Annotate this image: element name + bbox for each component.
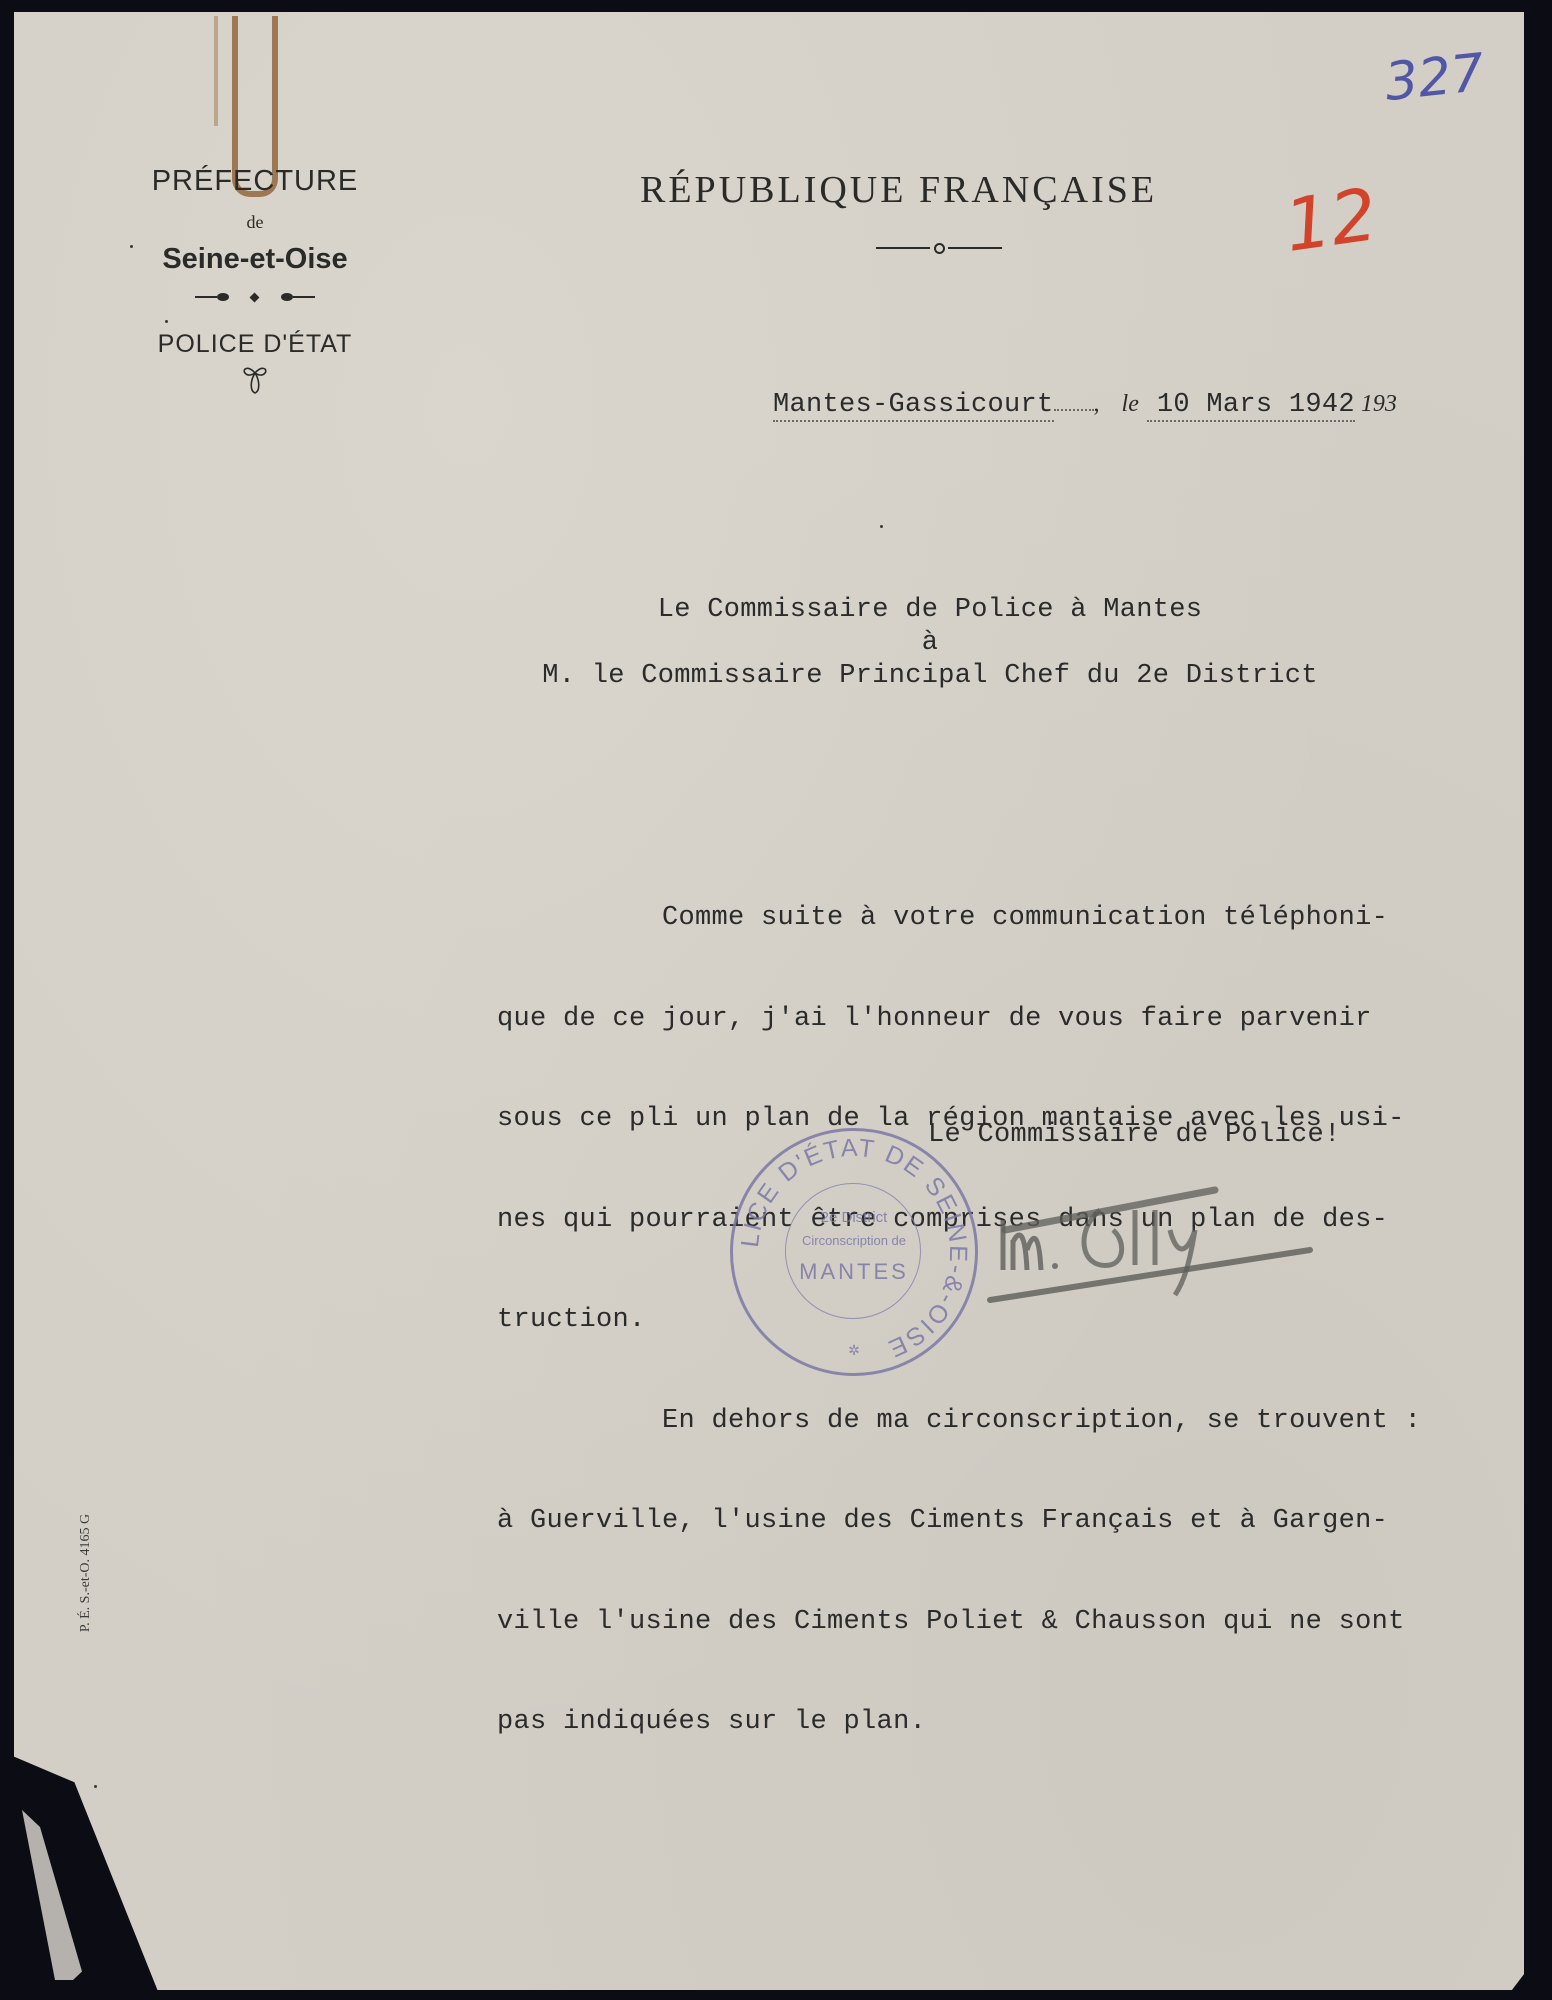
letterhead: PRÉFECTURE de Seine-et-Oise POLICE D'ÉTA… xyxy=(100,165,410,405)
dotted-leader xyxy=(1054,409,1094,411)
prefecture-title: PRÉFECTURE xyxy=(100,165,410,198)
address-block: Le Commissaire de Police à Mantes à M. l… xyxy=(480,594,1380,693)
body-line: que de ce jour, j'ai l'honneur de vous f… xyxy=(497,1003,1527,1037)
dateline-comma: , xyxy=(1094,391,1100,418)
dateline: Mantes-Gassicourt , le 10 Mars 1942 193 xyxy=(773,390,1397,422)
body-line: Comme suite à votre communication téléph… xyxy=(497,902,1527,936)
prefecture-de: de xyxy=(100,212,410,233)
sender: Le Commissaire de Police à Mantes xyxy=(480,594,1380,627)
svg-text:✲: ✲ xyxy=(848,1344,860,1359)
date-value: 10 Mars 1942 xyxy=(1147,390,1355,422)
rust-stain xyxy=(214,16,218,126)
stamp-city: MANTES xyxy=(733,1259,975,1285)
stamp-district: 2e District xyxy=(733,1209,975,1226)
stamp-ring-text: POLICE D'ÉTAT DE SEINE-&-OISE ✲ xyxy=(733,1131,975,1373)
dateline-le: le xyxy=(1122,391,1139,418)
fleuron-icon xyxy=(100,363,410,405)
department-name: Seine-et-Oise xyxy=(100,243,410,276)
body-line: à Guerville, l'usine des Ciments Françai… xyxy=(497,1505,1527,1539)
form-code: P. É. S.-et-O. 4165 G xyxy=(78,1473,94,1673)
closing-signoff: Le Commissaire de Police! xyxy=(928,1120,1341,1150)
address-to-word: à xyxy=(480,627,1380,660)
place-name: Mantes-Gassicourt xyxy=(773,390,1054,422)
speck xyxy=(94,1785,97,1788)
republic-heading: RÉPUBLIQUE FRANÇAISE xyxy=(640,168,1240,212)
printed-year: 193 xyxy=(1361,391,1397,418)
body-line: En dehors de ma circonscription, se trou… xyxy=(497,1405,1527,1439)
recipient: M. le Commissaire Principal Chef du 2e D… xyxy=(480,660,1380,693)
body-line: pas indiquées sur le plan. xyxy=(497,1706,1527,1740)
stamp-circonscription: Circonscription de xyxy=(733,1233,975,1248)
heading-divider-icon xyxy=(876,243,1006,253)
red-pencil-number: 12 xyxy=(1280,172,1382,268)
body-line: ville l'usine des Ciments Poliet & Chaus… xyxy=(497,1606,1527,1640)
speck xyxy=(880,525,883,528)
blue-pencil-number: 327 xyxy=(1382,43,1487,113)
signature xyxy=(985,1170,1325,1310)
police-title: POLICE D'ÉTAT xyxy=(100,330,410,359)
folded-corner xyxy=(22,1810,82,1980)
police-stamp: POLICE D'ÉTAT DE SEINE-&-OISE ✲ 2e Distr… xyxy=(730,1128,978,1376)
ornament-divider-icon xyxy=(195,290,315,304)
